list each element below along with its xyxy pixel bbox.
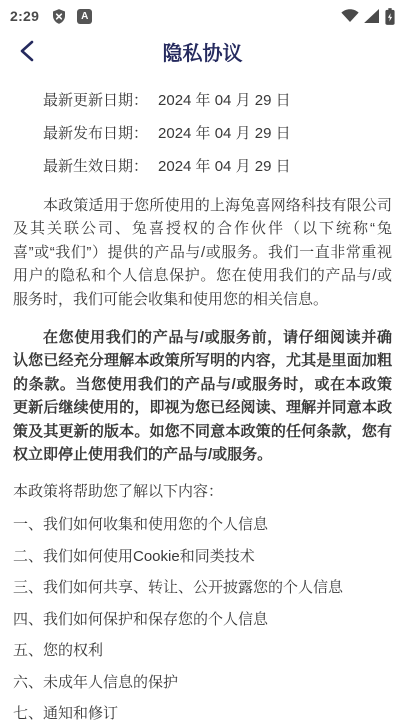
wifi-icon: [341, 9, 359, 23]
toc-item-5[interactable]: 五、您的权利: [13, 640, 392, 661]
toc-intro: 本政策将帮助您了解以下内容：: [13, 481, 392, 502]
date-block: 最新更新日期：2024 年 04 月 29 日 最新发布日期：2024 年 04…: [13, 90, 392, 177]
table-of-contents: 一、我们如何收集和使用您的个人信息 二、我们如何使用Cookie和同类技术 三、…: [13, 514, 392, 720]
policy-content: 最新更新日期：2024 年 04 月 29 日 最新发布日期：2024 年 04…: [0, 90, 405, 720]
status-left-icons: A: [51, 8, 92, 25]
date-row-published: 最新发布日期：2024 年 04 月 29 日: [13, 123, 392, 144]
toc-item-3[interactable]: 三、我们如何共享、转让、公开披露您的个人信息: [13, 577, 392, 598]
date-label: 最新发布日期：: [43, 125, 148, 142]
letter-a-badge-icon: A: [77, 9, 92, 24]
toc-item-6[interactable]: 六、未成年人信息的保护: [13, 672, 392, 693]
status-bar: 2:29 A: [0, 0, 405, 28]
date-label: 最新生效日期：: [43, 158, 148, 175]
policy-paragraph-consent: 在您使用我们的产品与/或服务前，请仔细阅读并确认您已经充分理解本政策所写明的内容…: [13, 326, 392, 466]
shield-x-icon: [51, 8, 67, 25]
date-label: 最新更新日期：: [43, 92, 148, 109]
back-button[interactable]: [12, 36, 42, 66]
battery-charging-icon: [385, 8, 395, 25]
page-title: 隐私协议: [0, 37, 405, 66]
policy-paragraph-scope: 本政策适用于您所使用的上海兔喜网络科技有限公司及其关联公司、兔喜授权的合作伙伴（…: [13, 194, 392, 311]
clock: 2:29: [10, 8, 39, 24]
date-value: 2024 年 04 月 29 日: [158, 92, 291, 109]
toc-item-1[interactable]: 一、我们如何收集和使用您的个人信息: [13, 514, 392, 535]
title-bar: 隐私协议: [0, 28, 405, 74]
cellular-signal-icon: [364, 9, 380, 23]
date-value: 2024 年 04 月 29 日: [158, 125, 291, 142]
date-row-updated: 最新更新日期：2024 年 04 月 29 日: [13, 90, 392, 111]
date-value: 2024 年 04 月 29 日: [158, 158, 291, 175]
chevron-left-icon: [18, 40, 36, 62]
toc-item-2[interactable]: 二、我们如何使用Cookie和同类技术: [13, 546, 392, 567]
date-row-effective: 最新生效日期：2024 年 04 月 29 日: [13, 156, 392, 177]
status-right-icons: [341, 8, 395, 25]
toc-item-4[interactable]: 四、我们如何保护和保存您的个人信息: [13, 609, 392, 630]
toc-item-7[interactable]: 七、通知和修订: [13, 703, 392, 720]
